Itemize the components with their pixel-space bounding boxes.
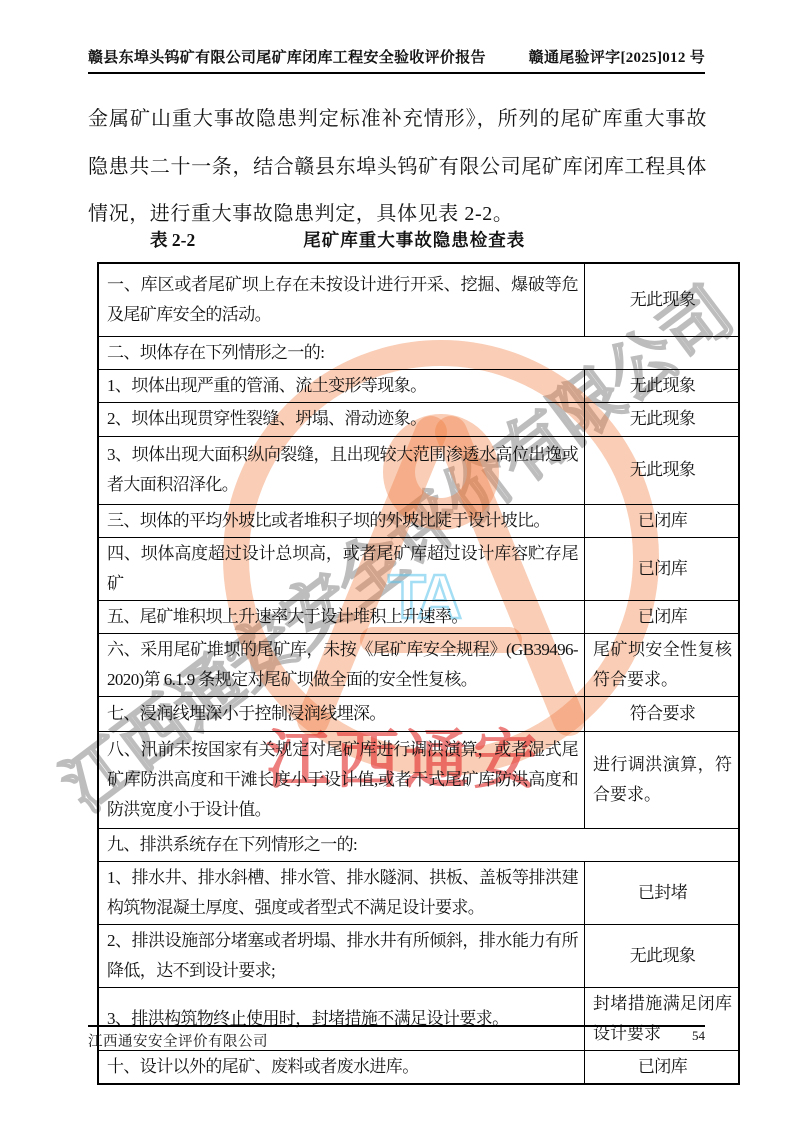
page-header: 赣县东埠头钨矿有限公司尾矿库闭库工程安全验收评价报告 赣通尾验评字[2025]0…: [88, 46, 705, 74]
report-title: 赣县东埠头钨矿有限公司尾矿库闭库工程安全验收评价报告: [88, 46, 486, 67]
result-cell: 符合要求: [585, 696, 740, 731]
hazard-check-table: 一、库区或者尾矿坝上存在未按设计进行开采、挖掘、爆破等危及尾矿库安全的活动。无此…: [97, 262, 740, 1085]
item-cell: 一、库区或者尾矿坝上存在未按设计进行开采、挖掘、爆破等危及尾矿库安全的活动。: [98, 263, 585, 336]
section-cell: 二、坝体存在下列情形之一的:: [98, 336, 739, 369]
section-cell: 九、排洪系统存在下列情形之一的:: [98, 828, 739, 861]
result-cell: 尾矿坝安全性复核符合要求。: [585, 633, 740, 696]
table-row: 1、坝体出现严重的管涌、流土变形等现象。无此现象: [98, 369, 739, 402]
item-cell: 2、坝体出现贯穿性裂缝、坍塌、滑动迹象。: [98, 402, 585, 436]
result-cell: 无此现象: [585, 402, 740, 436]
result-cell: 无此现象: [585, 924, 740, 987]
item-cell: 2、排洪设施部分堵塞或者坍塌、排水井有所倾斜，排水能力有所降低，达不到设计要求;: [98, 924, 585, 987]
table-row: 四、坝体高度超过设计总坝高，或者尾矿库超过设计库容贮存尾矿已闭库: [98, 537, 739, 600]
result-cell: 进行调洪演算，符合要求。: [585, 731, 740, 828]
page-number: 54: [692, 1028, 705, 1044]
item-cell: 十、设计以外的尾矿、废料或者废水进库。: [98, 1050, 585, 1084]
table-row: 九、排洪系统存在下列情形之一的:: [98, 828, 739, 861]
item-cell: 四、坝体高度超过设计总坝高，或者尾矿库超过设计库容贮存尾矿: [98, 537, 585, 600]
item-cell: 六、采用尾矿堆坝的尾矿库，未按《尾矿库安全规程》(GB39496-2020)第 …: [98, 633, 585, 696]
table-row: 2、排洪设施部分堵塞或者坍塌、排水井有所倾斜，排水能力有所降低，达不到设计要求;…: [98, 924, 739, 987]
result-cell: 已闭库: [585, 600, 740, 633]
result-cell: 无此现象: [585, 436, 740, 504]
item-cell: 三、坝体的平均外坡比或者堆积子坝的外坡比陡于设计坡比。: [98, 504, 585, 537]
document-number: 赣通尾验评字[2025]012 号: [529, 46, 705, 67]
table-row: 三、坝体的平均外坡比或者堆积子坝的外坡比陡于设计坡比。已闭库: [98, 504, 739, 537]
table-row: 一、库区或者尾矿坝上存在未按设计进行开采、挖掘、爆破等危及尾矿库安全的活动。无此…: [98, 263, 739, 336]
document-page: 江西通安安全评价有限公司 TA 江西通安 赣县东埠头钨矿有限公司尾矿库闭库工程安…: [0, 0, 793, 1122]
result-cell: 已闭库: [585, 537, 740, 600]
table-row: 七、浸润线埋深小于控制浸润线埋深。符合要求: [98, 696, 739, 731]
table-row: 1、排水井、排水斜槽、排水管、排水隧洞、拱板、盖板等排洪建构筑物混凝土厚度、强度…: [98, 861, 739, 924]
result-cell: 已闭库: [585, 504, 740, 537]
table-row: 3、坝体出现大面积纵向裂缝，且出现较大范围渗透水高位出逸或者大面积沼泽化。无此现…: [98, 436, 739, 504]
body-paragraph: 金属矿山重大事故隐患判定标准补充情形》，所列的尾矿库重大事故隐患共二十一条，结合…: [88, 96, 707, 239]
result-cell: 无此现象: [585, 369, 740, 402]
table-row: 二、坝体存在下列情形之一的:: [98, 336, 739, 369]
hazard-table-wrap: 一、库区或者尾矿坝上存在未按设计进行开采、挖掘、爆破等危及尾矿库安全的活动。无此…: [97, 262, 740, 1085]
result-cell: 已封堵: [585, 861, 740, 924]
table-row: 八、汛前未按国家有关规定对尾矿库进行调洪演算，或者湿式尾矿库防洪高度和干滩长度小…: [98, 731, 739, 828]
table-row: 十、设计以外的尾矿、废料或者废水进库。已闭库: [98, 1050, 739, 1084]
result-cell: 无此现象: [585, 263, 740, 336]
item-cell: 3、坝体出现大面积纵向裂缝，且出现较大范围渗透水高位出逸或者大面积沼泽化。: [98, 436, 585, 504]
table-caption-label: 表 2-2: [150, 227, 195, 252]
footer-company: 江西通安安全评价有限公司: [88, 1030, 268, 1051]
page-footer: 江西通安安全评价有限公司 54: [88, 1025, 705, 1051]
item-cell: 七、浸润线埋深小于控制浸润线埋深。: [98, 696, 585, 731]
table-row: 2、坝体出现贯穿性裂缝、坍塌、滑动迹象。无此现象: [98, 402, 739, 436]
table-caption-title: 尾矿库重大事故隐患检查表: [303, 227, 525, 252]
item-cell: 1、坝体出现严重的管涌、流土变形等现象。: [98, 369, 585, 402]
item-cell: 1、排水井、排水斜槽、排水管、排水隧洞、拱板、盖板等排洪建构筑物混凝土厚度、强度…: [98, 861, 585, 924]
result-cell: 已闭库: [585, 1050, 740, 1084]
item-cell: 五、尾矿堆积坝上升速率大于设计堆积上升速率。: [98, 600, 585, 633]
item-cell: 八、汛前未按国家有关规定对尾矿库进行调洪演算，或者湿式尾矿库防洪高度和干滩长度小…: [98, 731, 585, 828]
table-row: 六、采用尾矿堆坝的尾矿库，未按《尾矿库安全规程》(GB39496-2020)第 …: [98, 633, 739, 696]
table-row: 五、尾矿堆积坝上升速率大于设计堆积上升速率。已闭库: [98, 600, 739, 633]
table-caption: 表 2-2 尾矿库重大事故隐患检查表: [88, 227, 705, 252]
